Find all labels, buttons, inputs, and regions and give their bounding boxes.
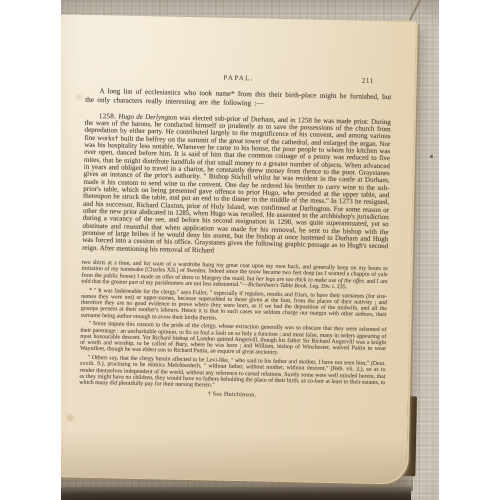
footnote-block: two shirts at a time, and for want of a … [79,260,388,402]
running-header: PAPAL. 211 [86,72,392,87]
footnote-citation-page: i. 235. [331,284,347,290]
footnote-fuller: * " It was fashionable for the clergy," … [81,287,388,325]
fabric-speck [430,155,433,158]
footnote-others: " Others say, that the clergy herein aff… [79,355,386,393]
main-paragraph: 1258. Hugo de Derlyngton was elected sub… [82,112,391,258]
footnote-continuation: two shirts at a time, and for want of a … [81,260,387,291]
paper-stain [64,412,75,423]
intro-paragraph: A long list of ecclesiastics who took na… [85,87,391,112]
main-paragraph-body: was elected sub-prior of Durham, and in … [82,113,391,254]
paper-stain [73,93,85,102]
page-number: 211 [362,78,374,85]
footnote-source-citation: Richardson's Table Book. Leg. Div. [248,282,331,290]
book-page: PAPAL. 211 A long list of ecclesiastics … [61,14,416,484]
header-title: PAPAL. [223,75,254,83]
photograph-of-book-page: PAPAL. 211 A long list of ecclesiastics … [0,0,500,500]
footnote-impute: " Some impute this custom to the pride o… [80,321,387,359]
photo-area: PAPAL. 211 A long list of ecclesiastics … [61,0,439,500]
book-bottom-edge [61,487,411,500]
printed-text-block: PAPAL. 211 A long list of ecclesiastics … [79,15,393,408]
